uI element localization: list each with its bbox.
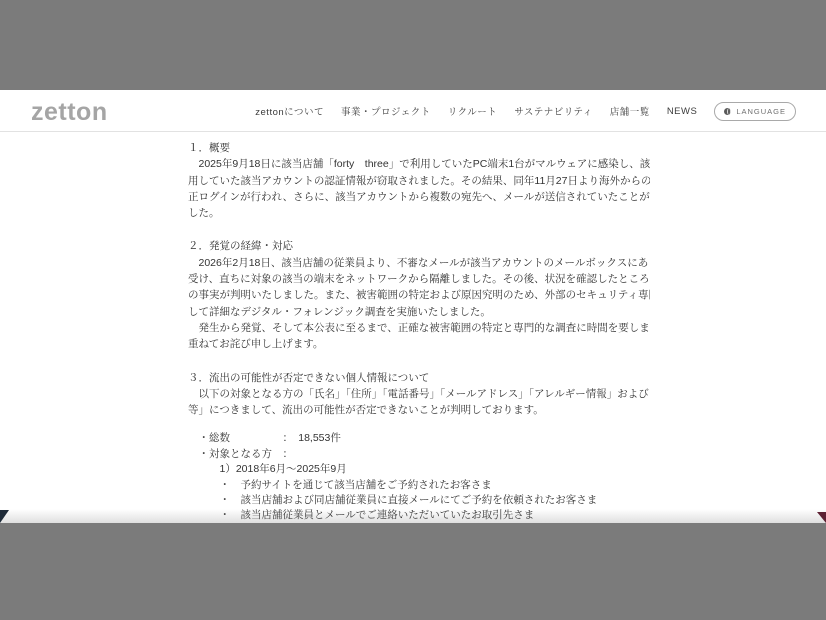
body-line: の事実が判明いたしました。また、被害範囲の特定および原因究明のため、外部のセキュ… [188, 287, 650, 303]
nav-item-0[interactable]: zettonについて [255, 104, 324, 118]
section-paragraph: 2026年2月18日、該当店舗の従業員より、不審なメールが該当アカウントのメール… [188, 255, 650, 353]
body-line: 等」につきまして、流出の可能性が否定できないことが判明しております。 [188, 402, 650, 418]
content-section: ３．流出の可能性が否定できない個人情報について 以下の対象となる方の「氏名」「住… [188, 370, 650, 524]
body-line: 正ログインが行われ、さらに、該当アカウントから複数の宛先へ、メールが送信されてい… [188, 189, 650, 205]
section-paragraph: 2025年9月18日に該当店舗「forty three」で利用していたPC端末1… [188, 156, 650, 221]
page-bottom-shadow [0, 509, 826, 523]
body-line: 発生から発覚、そして本公表に至るまで、正確な被害範囲の特定と専門的な調査に時間を… [188, 320, 650, 336]
body-line: 以下の対象となる方の「氏名」「住所」「電話番号」「メールアドレス」「アレルギー情… [188, 386, 650, 402]
body-line: した。 [188, 205, 650, 221]
section-paragraph: 以下の対象となる方の「氏名」「住所」「電話番号」「メールアドレス」「アレルギー情… [188, 386, 650, 419]
site-logo[interactable]: zetton [31, 101, 108, 123]
content-section: １．概要 2025年9月18日に該当店舗「forty three」で利用していた… [188, 140, 650, 221]
page: zetton zettonについて事業・プロジェクトリクルートサステナビリティ店… [0, 90, 826, 523]
content-section: ２．発覚の経緯・対応 2026年2月18日、該当店舗の従業員より、不審なメールが… [188, 238, 650, 352]
list-line: ・ 該当店舗および同店舗従業員に直接メールにてご予約を依頼されたお客さま [188, 493, 650, 508]
body-line: 重ねてお詫び申し上げます。 [188, 336, 650, 352]
main-nav: zettonについて事業・プロジェクトリクルートサステナビリティ店舗一覧NEWS… [255, 102, 796, 120]
list-line: ・ 予約サイトを通じて該当店舗をご予約されたお客さま [188, 478, 650, 493]
language-button-label: LANGUAGE [736, 107, 786, 116]
list-line: ・対象となる方 ： [188, 447, 650, 462]
body-line: 用していた該当アカウントの認証情報が窃取されました。その結果、同年11月27日よ… [188, 173, 650, 189]
section-heading: １．概要 [188, 140, 650, 156]
section-heading: ２．発覚の経緯・対応 [188, 238, 650, 254]
section-heading: ３．流出の可能性が否定できない個人情報について [188, 370, 650, 386]
body-line: して詳細なデジタル・フォレンジック調査を実施いたしました。 [188, 304, 650, 320]
background-photo-sliver-right [817, 512, 826, 523]
header-divider [0, 131, 826, 132]
nav-item-3[interactable]: サステナビリティ [514, 104, 592, 118]
body-line: 受け、直ちに対象の該当の端末をネットワークから隔離しました。その後、状況を確認し… [188, 271, 650, 287]
body-line: 2025年9月18日に該当店舗「forty three」で利用していたPC端末1… [188, 156, 650, 172]
body-line: 2026年2月18日、該当店舗の従業員より、不審なメールが該当アカウントのメール… [188, 255, 650, 271]
globe-icon [724, 108, 731, 115]
nav-item-5[interactable]: NEWS [667, 106, 698, 117]
nav-item-4[interactable]: 店舗一覧 [610, 104, 650, 118]
nav-item-2[interactable]: リクルート [448, 104, 498, 118]
nav-item-1[interactable]: 事業・プロジェクト [341, 104, 431, 118]
site-header: zetton zettonについて事業・プロジェクトリクルートサステナビリティ店… [0, 90, 826, 131]
list-line: ・総数 ： 18,553件 [188, 431, 650, 446]
background-photo-sliver-left [0, 510, 9, 523]
screen: zetton zettonについて事業・プロジェクトリクルートサステナビリティ店… [0, 0, 826, 620]
content: １．概要 2025年9月18日に該当店舗「forty three」で利用していた… [188, 140, 650, 524]
language-button[interactable]: LANGUAGE [714, 102, 796, 121]
list-line: 1）2018年6月～2025年9月 [188, 462, 650, 477]
